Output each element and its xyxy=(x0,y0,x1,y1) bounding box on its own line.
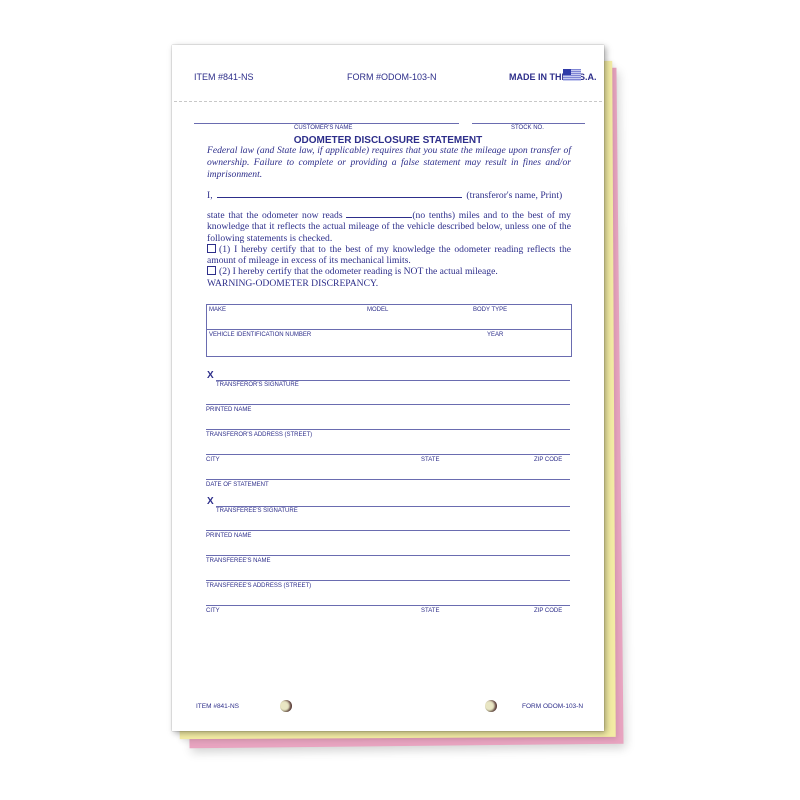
transferor-address-field[interactable] xyxy=(206,429,570,430)
customer-name-label: CUSTOMER'S NAME xyxy=(294,125,352,131)
transferee-address-label: TRANSFEREE'S ADDRESS (STREET) xyxy=(206,583,311,589)
perforation-line xyxy=(174,101,602,102)
transferor-name-row: I, (transferor's name, Print) xyxy=(207,190,571,201)
transferee-signature-label: TRANSFEREE'S SIGNATURE xyxy=(216,508,298,514)
odometer-warning: WARNING-ODOMETER DISCREPANCY. xyxy=(207,278,378,289)
transferee-city-label: CITY xyxy=(206,608,220,614)
footer-form-number: FORM ODOM-103-N xyxy=(522,703,583,710)
odometer-text-1: state that the odometer now reads xyxy=(207,210,343,221)
model-field-label: MODEL xyxy=(367,307,388,313)
customer-name-field[interactable] xyxy=(194,123,459,124)
transferee-address-field[interactable] xyxy=(206,580,570,581)
transferor-state-label: STATE xyxy=(421,457,439,463)
transferee-sign-mark: X xyxy=(207,496,214,507)
transferee-signature-field[interactable] xyxy=(216,506,570,507)
header-item-number: ITEM #841-NS xyxy=(194,72,254,82)
transferee-name-field[interactable] xyxy=(206,555,570,556)
vehicle-info-box: MAKE MODEL BODY TYPE VEHICLE IDENTIFICAT… xyxy=(206,304,572,357)
transferor-signature-field[interactable] xyxy=(216,380,570,381)
footer-item-number: ITEM #841-NS xyxy=(196,703,239,710)
transferor-signature-label: TRANSFEROR'S SIGNATURE xyxy=(216,382,299,388)
transferee-printed-name-label: PRINTED NAME xyxy=(206,533,251,539)
body-type-field-label: BODY TYPE xyxy=(473,307,507,313)
odometer-form-sheet: ITEM #841-NS FORM #ODOM-103-N MADE IN TH… xyxy=(172,45,604,731)
transferor-name-field[interactable] xyxy=(217,197,462,198)
odometer-reading-field[interactable] xyxy=(346,217,412,218)
transferee-zip-label: ZIP CODE xyxy=(534,608,562,614)
checkbox-1-label: (1) I hereby certify that to the best of… xyxy=(207,244,571,266)
transferee-printed-name-field[interactable] xyxy=(206,530,570,531)
made-in-usa-label: MADE IN THE U.S.A. xyxy=(509,72,597,82)
stock-no-field[interactable] xyxy=(472,123,585,124)
binding-hole-right xyxy=(485,700,497,712)
certify-mechanical-limits-checkbox[interactable] xyxy=(207,244,216,253)
date-of-statement-label: DATE OF STATEMENT xyxy=(206,482,269,488)
transferor-zip-label: ZIP CODE xyxy=(534,457,562,463)
transferor-printed-name-label: PRINTED NAME xyxy=(206,407,251,413)
transferor-prefix: I, xyxy=(207,190,213,201)
transferor-city-state-zip-field[interactable] xyxy=(206,454,570,455)
us-flag-icon xyxy=(563,69,581,81)
vehicle-box-divider xyxy=(207,329,571,330)
transferor-suffix: (transferor's name, Print) xyxy=(466,190,562,201)
transferee-city-state-zip-field[interactable] xyxy=(206,605,570,606)
make-field-label: MAKE xyxy=(209,307,226,313)
legal-notice: Federal law (and State law, if applicabl… xyxy=(207,145,571,181)
transferor-city-label: CITY xyxy=(206,457,220,463)
header-form-number: FORM #ODOM-103-N xyxy=(347,72,437,82)
transferee-state-label: STATE xyxy=(421,608,439,614)
checkbox-2-label: (2) I hereby certify that the odometer r… xyxy=(219,266,498,277)
odometer-statement: state that the odometer now reads (no te… xyxy=(207,210,571,289)
transferee-name-label: TRANSFEREE'S NAME xyxy=(206,558,271,564)
binding-hole-left xyxy=(280,700,292,712)
transferor-printed-name-field[interactable] xyxy=(206,404,570,405)
year-field-label: YEAR xyxy=(487,332,503,338)
date-of-statement-field[interactable] xyxy=(206,479,570,480)
vin-field-label: VEHICLE IDENTIFICATION NUMBER xyxy=(209,332,311,338)
certify-not-actual-mileage-checkbox[interactable] xyxy=(207,266,216,275)
stock-no-label: STOCK NO. xyxy=(511,125,544,131)
transferor-sign-mark: X xyxy=(207,370,214,381)
transferor-address-label: TRANSFEROR'S ADDRESS (STREET) xyxy=(206,432,312,438)
